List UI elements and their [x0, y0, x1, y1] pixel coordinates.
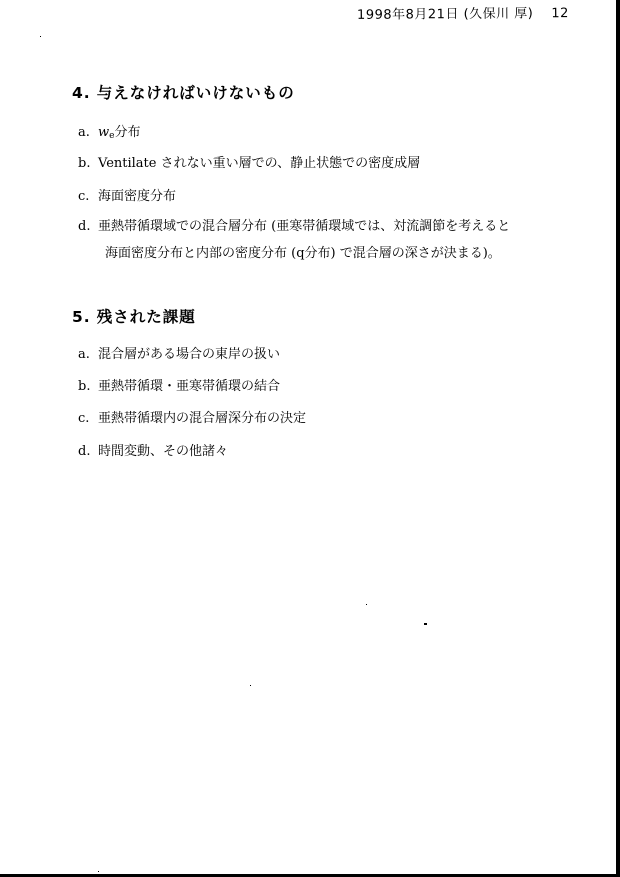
item-label: d. [78, 444, 98, 459]
item-text: 時間変動、その他諸々 [98, 444, 228, 459]
scan-speck [366, 604, 367, 605]
item-label: a. [78, 347, 98, 362]
scan-speck [250, 685, 251, 686]
item-text: Ventilate されない重い層での、静止状態での密度成層 [98, 156, 420, 171]
item-label: b. [78, 379, 98, 394]
handwritten-header: 1998年8月21日 (久保川 厚)12 [357, 2, 569, 23]
item-label: d. [78, 219, 98, 234]
list-item: d.時間変動、その他諸々 [78, 440, 228, 459]
item-text: 海面密度分布 [98, 189, 176, 204]
list-item: a.we分布 [78, 121, 140, 141]
item-text: 亜熱帯循環内の混合層深分布の決定 [98, 411, 306, 426]
item-text: 混合層がある場合の東岸の扱い [98, 347, 280, 362]
scan-speck [40, 36, 41, 37]
item-text: 亜熱帯循環域での混合層分布 (亜寒帯循環域では、対流調節を考えると [98, 219, 510, 234]
section-4-heading: 4.与えなければいけないもの [72, 81, 295, 103]
item-label: a. [78, 125, 98, 140]
scan-speck [98, 871, 99, 872]
scan-speck [424, 623, 427, 625]
math-variable: w [98, 125, 109, 140]
list-item: d.亜熱帯循環域での混合層分布 (亜寒帯循環域では、対流調節を考えると 海面密度… [78, 215, 510, 261]
section-number: 5. [72, 308, 91, 326]
list-item: c.亜熱帯循環内の混合層深分布の決定 [78, 407, 306, 426]
item-text: 分布 [114, 125, 140, 140]
list-item: b.Ventilate されない重い層での、静止状態での密度成層 [78, 152, 420, 171]
item-label: c. [78, 411, 98, 426]
handwritten-date-author: 1998年8月21日 (久保川 厚) [357, 6, 533, 23]
document-page: 1998年8月21日 (久保川 厚)12 4.与えなければいけないもの a.we… [0, 0, 616, 874]
section-5-heading: 5.残された課題 [72, 305, 196, 327]
section-title: 残された課題 [97, 308, 196, 326]
list-item: a.混合層がある場合の東岸の扱い [78, 343, 280, 362]
list-item: b.亜熱帯循環・亜寒帯循環の結合 [78, 375, 280, 394]
section-number: 4. [72, 84, 91, 102]
item-text-continuation: 海面密度分布と内部の密度分布 (q分布) で混合層の深さが決まる)。 [78, 242, 510, 261]
list-item: c.海面密度分布 [78, 185, 176, 204]
page-number: 12 [551, 6, 569, 21]
item-label: c. [78, 189, 98, 204]
section-title: 与えなければいけないもの [97, 84, 295, 102]
item-label: b. [78, 156, 98, 171]
scan-border-right [616, 0, 620, 877]
item-text: 亜熱帯循環・亜寒帯循環の結合 [98, 379, 280, 394]
